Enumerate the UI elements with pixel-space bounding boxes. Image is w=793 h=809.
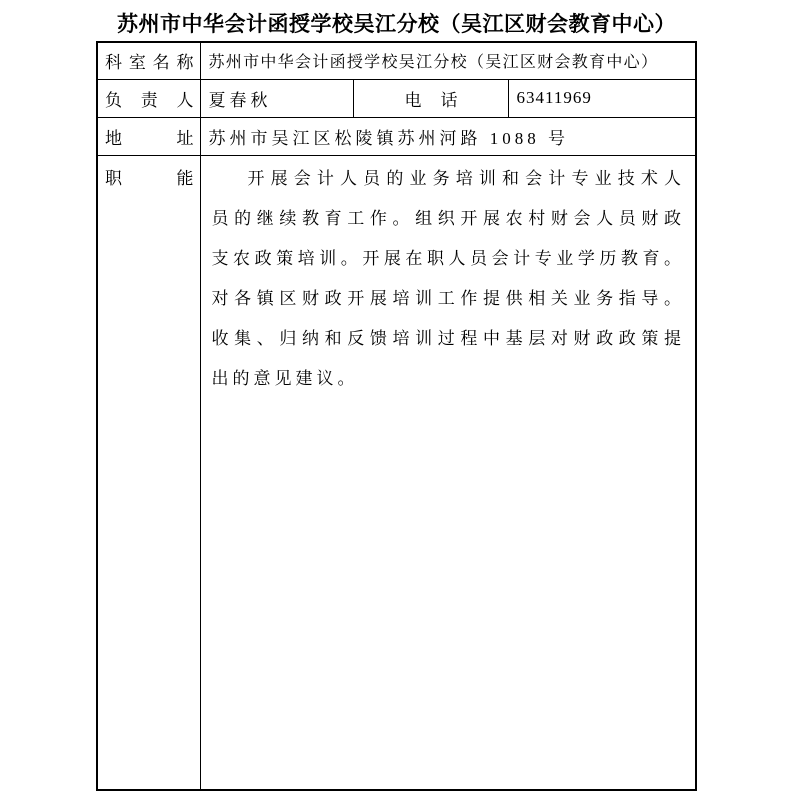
document-page: 苏州市中华会计函授学校吴江分校（吴江区财会教育中心） 科室名称 苏州市中华会计函… <box>0 0 793 809</box>
function-paragraph: 开展会计人员的业务培训和会计专业技术人 员的继续教育工作。组织开展农村财会人员财… <box>201 155 696 790</box>
department-name-label: 科室名称 <box>97 42 201 79</box>
department-name-value: 苏州市中华会计函授学校吴江分校（吴江区财会教育中心） <box>201 42 696 79</box>
table-row-department: 科室名称 苏州市中华会计函授学校吴江分校（吴江区财会教育中心） <box>97 42 696 79</box>
function-line: 员的继续教育工作。组织开展农村财会人员财政 <box>211 199 685 239</box>
info-table: 科室名称 苏州市中华会计函授学校吴江分校（吴江区财会教育中心） 负责人 夏春秋 … <box>96 41 697 791</box>
phone-value: 63411969 <box>509 79 696 117</box>
function-line: 出的意见建议。 <box>211 359 685 399</box>
phone-label: 电 话 <box>354 79 509 117</box>
address-label: 地址 <box>97 117 201 155</box>
function-line: 开展会计人员的业务培训和会计专业技术人 <box>211 159 685 199</box>
principal-value: 夏春秋 <box>201 79 354 117</box>
address-value: 苏州市吴江区松陵镇苏州河路 1088 号 <box>201 117 696 155</box>
table-row-principal: 负责人 夏春秋 电 话 63411969 <box>97 79 696 117</box>
principal-label: 负责人 <box>97 79 201 117</box>
table-row-address: 地址 苏州市吴江区松陵镇苏州河路 1088 号 <box>97 117 696 155</box>
function-line: 收集、归纳和反馈培训过程中基层对财政政策提 <box>211 319 685 359</box>
table-row-function: 职能 开展会计人员的业务培训和会计专业技术人 员的继续教育工作。组织开展农村财会… <box>97 155 696 790</box>
function-label: 职能 <box>97 155 201 790</box>
page-title: 苏州市中华会计函授学校吴江分校（吴江区财会教育中心） <box>0 11 793 38</box>
function-line: 支农政策培训。开展在职人员会计专业学历教育。 <box>211 239 685 279</box>
function-line: 对各镇区财政开展培训工作提供相关业务指导。 <box>211 279 685 319</box>
